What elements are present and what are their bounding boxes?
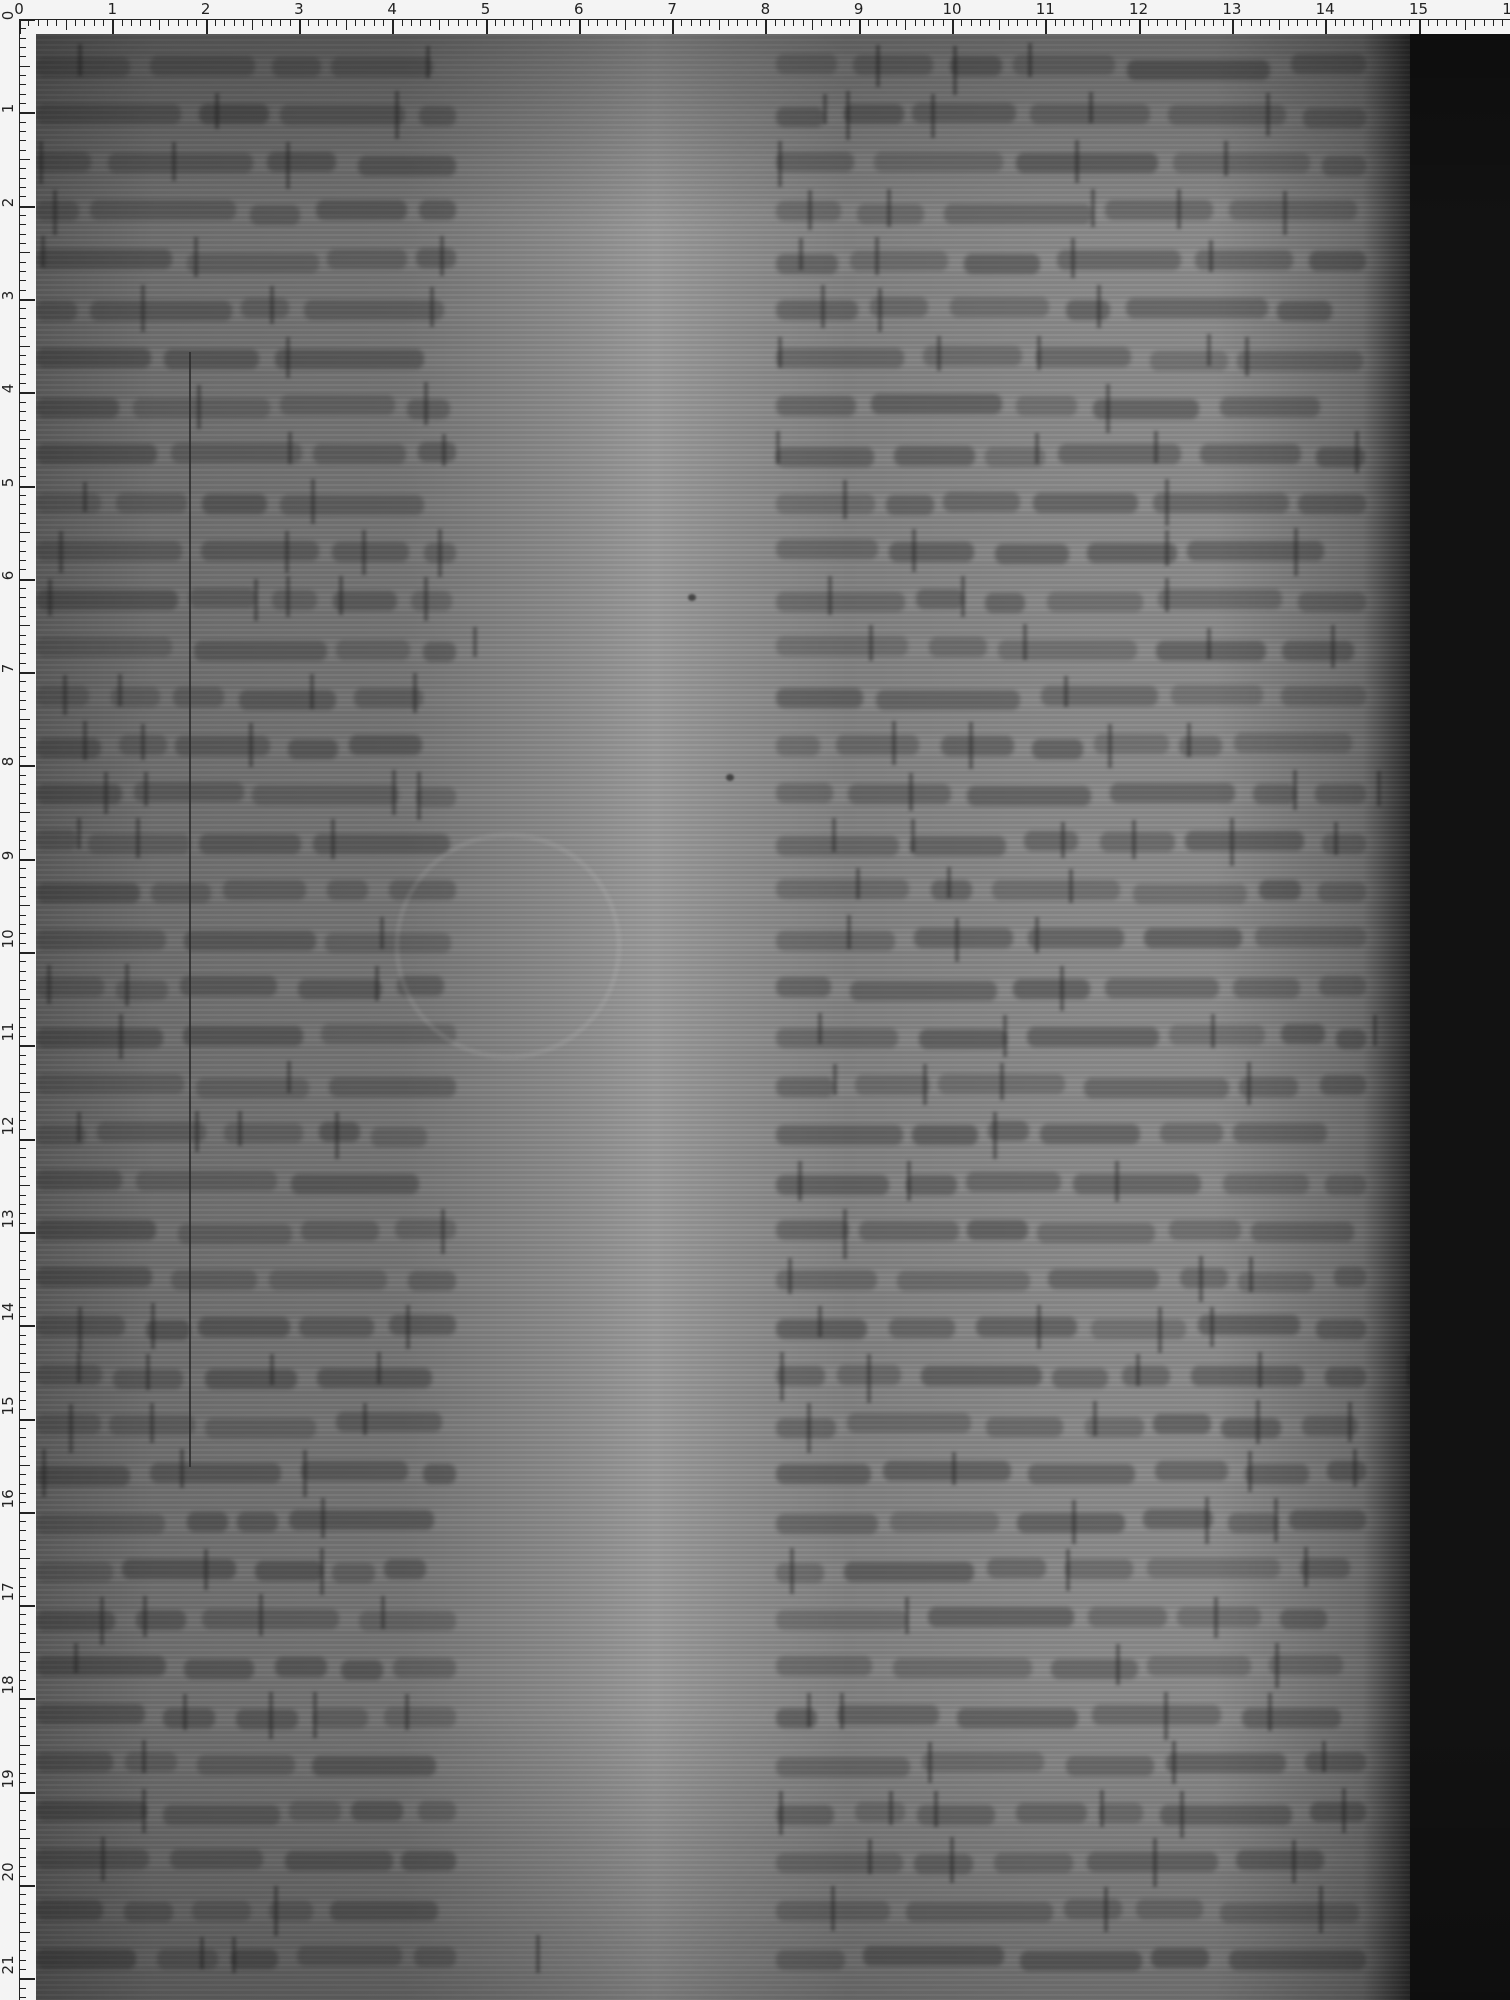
ruler-tick [20, 1642, 26, 1643]
ruler-tick [20, 1223, 26, 1224]
ruler-tick [961, 20, 962, 26]
ruler-tick [20, 1568, 26, 1569]
ruler-tick [989, 20, 990, 26]
ruler-tick [439, 20, 440, 30]
ruler-tick [20, 1279, 30, 1280]
ruler-tick [75, 20, 76, 26]
ruler-tick [20, 1540, 26, 1541]
ruler-tick [20, 1456, 26, 1457]
ruler-tick [1204, 20, 1205, 26]
ruler-tick [20, 784, 26, 785]
ruler-tick [20, 961, 26, 962]
ruler-tick [20, 1474, 26, 1475]
ruler-tick [523, 20, 524, 26]
ruler-tick [999, 20, 1000, 30]
top-ruler-label: 4 [387, 0, 397, 18]
ruler-tick [635, 20, 636, 26]
ruler-tick [20, 150, 26, 151]
ruler-tick [20, 504, 26, 505]
ruler-tick [20, 1624, 26, 1625]
ruler-tick [20, 793, 26, 794]
ruler-tick [20, 1614, 26, 1615]
ruler-tick [20, 691, 26, 692]
ruler-tick [737, 20, 738, 26]
ruler-tick [20, 392, 35, 394]
ruler-tick [20, 915, 26, 916]
ruler-tick [1269, 20, 1270, 26]
ruler-tick [234, 20, 235, 26]
ruler-tick [20, 840, 26, 841]
ruler-tick [20, 1745, 30, 1746]
ruler-tick [290, 20, 291, 26]
ruler-tick [793, 20, 794, 26]
ruler-tick [20, 635, 26, 636]
ruler-tick [20, 1465, 30, 1466]
ruler-tick [20, 1111, 26, 1112]
left-ruler-label: 9 [0, 850, 16, 860]
ruler-tick [448, 20, 449, 26]
ruler-tick [20, 1885, 35, 1887]
ruler-tick [112, 20, 114, 34]
ruler-tick [20, 1446, 26, 1447]
ruler-tick [20, 616, 26, 617]
ruler-tick [20, 625, 30, 626]
ruler-tick [20, 308, 26, 309]
ruler-tick [20, 1969, 26, 1970]
left-ruler-label: 18 [0, 1676, 16, 1695]
ruler-tick [20, 66, 30, 67]
ruler-tick [20, 1307, 26, 1308]
vignette [36, 34, 1510, 2000]
top-ruler-label: 11 [1036, 0, 1055, 18]
ruler-tick [243, 20, 244, 26]
ruler-tick [831, 20, 832, 26]
ruler-tick [20, 1577, 26, 1578]
ruler-tick [20, 383, 26, 384]
ruler-tick [20, 262, 26, 263]
ruler-tick [1083, 20, 1084, 26]
ruler-tick [1465, 20, 1466, 30]
ruler-tick [20, 1260, 26, 1261]
top-ruler-label: 15 [1409, 0, 1428, 18]
ruler-tick [374, 20, 375, 26]
ruler-tick [747, 20, 748, 26]
ruler-tick [1045, 20, 1047, 34]
ruler-tick [94, 20, 95, 26]
ruler-tick [20, 299, 35, 301]
ruler-tick [336, 20, 337, 26]
ruler-tick [20, 1726, 26, 1727]
ruler-tick [327, 20, 328, 26]
ruler-tick [20, 467, 26, 468]
ruler-tick [588, 20, 589, 26]
left-ruler-label: 11 [0, 1023, 16, 1042]
ruler-tick [20, 607, 26, 608]
ruler-tick [467, 20, 468, 26]
ruler-tick [224, 20, 225, 26]
ruler-tick [1260, 20, 1261, 26]
ruler-tick [20, 719, 30, 720]
ruler-tick [1493, 20, 1494, 26]
ruler-tick [20, 1493, 26, 1494]
ruler-tick [1027, 20, 1028, 26]
ruler-tick [20, 896, 26, 897]
ruler-tick [1055, 20, 1056, 26]
ruler-tick [20, 1344, 26, 1345]
ruler-tick [20, 1400, 26, 1401]
ruler-tick [20, 1195, 26, 1196]
ruler-tick [66, 20, 67, 30]
ruler-tick [20, 1120, 26, 1121]
ruler-tick [569, 20, 570, 26]
ruler-tick [1120, 20, 1121, 26]
ruler-tick [1372, 20, 1373, 30]
ruler-tick [20, 1894, 26, 1895]
ruler-tick [20, 280, 26, 281]
ruler-tick [1251, 20, 1252, 26]
ruler-tick [20, 999, 30, 1000]
ruler-tick [458, 20, 459, 26]
ruler-tick [20, 1176, 26, 1177]
ruler-tick [20, 1913, 26, 1914]
ruler-tick [168, 20, 169, 26]
ruler-tick [1073, 20, 1074, 26]
ruler-tick [20, 196, 26, 197]
ruler-tick [20, 1251, 26, 1252]
ruler-tick [56, 20, 57, 26]
ruler-tick [896, 20, 897, 26]
ruler-tick [20, 420, 26, 421]
ruler-tick [20, 1932, 30, 1933]
ruler-tick [1446, 20, 1447, 26]
ruler-tick [20, 131, 26, 132]
ruler-tick [20, 38, 26, 39]
ruler-tick [20, 1857, 26, 1858]
ruler-tick [681, 20, 682, 26]
ruler-tick [1195, 20, 1196, 26]
top-ruler-label: 9 [854, 0, 864, 18]
ruler-tick [1223, 20, 1224, 26]
ruler-tick [20, 588, 26, 589]
ruler-tick [20, 1204, 26, 1205]
ruler-tick [1335, 20, 1336, 26]
left-ruler-label: 17 [0, 1582, 16, 1601]
ruler-tick [20, 1092, 30, 1093]
ruler-tick [933, 20, 934, 26]
ruler-tick [513, 20, 514, 26]
ruler-tick [784, 20, 785, 26]
ruler-tick [20, 1792, 35, 1794]
ruler-tick [20, 1661, 26, 1662]
ruler-tick [20, 1083, 26, 1084]
ruler-tick [19, 20, 21, 34]
ruler-tick [20, 1876, 26, 1877]
ruler-tick [1279, 20, 1280, 30]
ruler-tick [20, 1773, 26, 1774]
ruler-tick [1428, 20, 1429, 26]
ruler-tick [1092, 20, 1093, 30]
ruler-tick [20, 971, 26, 972]
ruler-tick [607, 20, 608, 26]
ruler-tick [486, 20, 488, 34]
ruler-tick [1381, 20, 1382, 26]
ruler-tick [20, 103, 26, 104]
ruler-tick [20, 700, 26, 701]
ruler-tick [20, 1316, 26, 1317]
ruler-tick [20, 243, 26, 244]
ruler-tick [20, 980, 26, 981]
left-ruler-label: 6 [0, 570, 16, 580]
ruler-tick [625, 20, 626, 30]
ruler-tick [20, 1829, 26, 1830]
ruler-tick [20, 75, 26, 76]
ruler-tick [20, 364, 26, 365]
ruler-tick [952, 20, 954, 34]
ruler-tick [346, 20, 347, 30]
ruler-tick [20, 336, 26, 337]
ruler-tick [20, 1167, 26, 1168]
ruler-tick [20, 551, 26, 552]
ruler-tick [560, 20, 561, 26]
top-ruler-label: 1 [108, 0, 118, 18]
ruler-tick [943, 20, 944, 26]
left-ruler-label: 4 [0, 384, 16, 394]
ruler-tick [20, 327, 26, 328]
ruler-tick [20, 1652, 30, 1653]
ruler-tick [20, 1213, 26, 1214]
ruler-tick [20, 532, 30, 533]
top-ruler-label: 16 [1502, 0, 1510, 18]
ruler-tick [20, 19, 35, 21]
ruler-tick [20, 178, 26, 179]
ruler-tick [20, 1633, 26, 1634]
ruler-tick [20, 1605, 35, 1607]
ruler-tick [20, 709, 26, 710]
ruler-tick [20, 1997, 26, 1998]
ruler-tick [700, 20, 701, 26]
ruler-tick [20, 1232, 35, 1234]
top-ruler-label: 12 [1129, 0, 1148, 18]
left-ruler-label: 15 [0, 1396, 16, 1415]
ruler-tick [20, 1409, 26, 1410]
left-ruler-label: 7 [0, 664, 16, 674]
ruler-tick [765, 20, 767, 34]
ruler-tick [20, 430, 26, 431]
ruler-tick [38, 20, 39, 26]
ruler-tick [20, 140, 26, 141]
left-ruler-label: 1 [0, 104, 16, 114]
ruler-tick [672, 20, 674, 34]
ruler-tick [1288, 20, 1289, 26]
ruler-tick [887, 20, 888, 26]
ruler-tick [20, 355, 26, 356]
ruler-tick [20, 756, 26, 757]
ruler-tick [915, 20, 916, 26]
ruler-tick [20, 1801, 26, 1802]
ruler-tick [20, 1064, 26, 1065]
ruler-tick [476, 20, 477, 26]
left-ruler-label: 14 [0, 1303, 16, 1322]
ruler-tick [663, 20, 664, 26]
ruler-tick [20, 859, 35, 861]
ruler-tick [495, 20, 496, 26]
ruler-tick [84, 20, 85, 26]
ruler-tick [1176, 20, 1177, 26]
top-ruler-label: 6 [574, 0, 584, 18]
top-ruler-label: 8 [761, 0, 771, 18]
ruler-tick [20, 486, 35, 488]
ruler-tick [803, 20, 804, 26]
ruler-tick [1101, 20, 1102, 26]
ruler-tick [20, 868, 26, 869]
ruler-tick [20, 411, 26, 412]
left-ruler-label: 10 [0, 929, 16, 948]
ruler-tick [20, 1027, 26, 1028]
ruler-tick [20, 476, 26, 477]
top-ruler-label: 5 [481, 0, 491, 18]
ruler-tick [1484, 20, 1485, 26]
ruler-tick [20, 849, 26, 850]
ruler-tick [20, 831, 26, 832]
ruler-tick [691, 20, 692, 26]
ruler-tick [20, 252, 30, 253]
ruler-tick [20, 1036, 26, 1037]
ruler-tick [775, 20, 776, 26]
ruler-tick [20, 187, 26, 188]
ruler-tick [877, 20, 878, 26]
ruler-tick [812, 20, 813, 30]
ruler-tick [20, 1372, 30, 1373]
ruler-tick [262, 20, 263, 26]
ruler-tick [20, 1530, 26, 1531]
ruler-tick [20, 765, 35, 767]
left-ruler-label: 16 [0, 1489, 16, 1508]
ruler-tick [551, 20, 552, 26]
ruler-tick [20, 47, 26, 48]
ruler-tick [20, 374, 26, 375]
ruler-tick [150, 20, 151, 26]
ruler-tick [1456, 20, 1457, 26]
ruler-tick [20, 495, 26, 496]
ruler-tick [383, 20, 384, 26]
ruler-tick [20, 877, 26, 878]
ruler-tick [1139, 20, 1141, 34]
ruler-tick [20, 560, 26, 561]
left-ruler-baseline [19, 19, 20, 2000]
ruler-tick [20, 1736, 26, 1737]
ruler-tick [20, 1904, 26, 1905]
ruler-tick [20, 1558, 30, 1559]
ruler-tick [20, 56, 26, 57]
ruler-tick [1316, 20, 1317, 26]
ruler-tick [20, 513, 26, 514]
ruler-tick [20, 458, 26, 459]
ruler-tick [20, 1325, 35, 1327]
ruler-tick [905, 20, 906, 30]
ruler-tick [1111, 20, 1112, 26]
top-ruler-label: 3 [294, 0, 304, 18]
left-ruler-label: 19 [0, 1769, 16, 1788]
ruler-tick [20, 1810, 26, 1811]
ruler-tick [20, 1101, 26, 1102]
ruler-tick [20, 737, 26, 738]
ruler-tick [1129, 20, 1130, 26]
ruler-tick [579, 20, 581, 34]
ruler-tick [20, 346, 30, 347]
ruler-tick [20, 159, 30, 160]
ruler-tick [20, 234, 26, 235]
ruler-tick [20, 1820, 26, 1821]
ruler-tick [20, 1073, 26, 1074]
ruler-tick [20, 1782, 26, 1783]
ruler-tick [430, 20, 431, 26]
ruler-tick [1241, 20, 1242, 26]
ruler-tick [252, 20, 253, 30]
ruler-tick [355, 20, 356, 26]
ruler-tick [1419, 20, 1421, 34]
ruler-tick [971, 20, 972, 26]
top-ruler-label: 10 [942, 0, 961, 18]
left-ruler-label: 0 [0, 11, 16, 21]
ruler-tick [20, 1978, 35, 1980]
ruler-tick [616, 20, 617, 26]
ruler-tick [20, 1512, 35, 1514]
ruler-tick [20, 1950, 26, 1951]
ruler-tick [411, 20, 412, 26]
ruler-tick [20, 1129, 26, 1130]
ruler-tick [20, 1596, 26, 1597]
ruler-tick [20, 1754, 26, 1755]
ruler-tick [20, 1586, 26, 1587]
ruler-tick [20, 775, 26, 776]
ruler-tick [504, 20, 505, 26]
ruler-tick [20, 1838, 30, 1839]
ruler-tick [122, 20, 123, 26]
ruler-tick [20, 448, 26, 449]
ruler-tick [1232, 20, 1234, 34]
ruler-tick [20, 1419, 35, 1421]
ruler-tick [597, 20, 598, 26]
ruler-tick [1297, 20, 1298, 26]
ruler-tick [47, 20, 48, 26]
ruler-tick [1353, 20, 1354, 26]
ruler-tick [20, 887, 26, 888]
left-ruler-label: 13 [0, 1209, 16, 1228]
ruler-tick [196, 20, 197, 26]
ruler-tick [1017, 20, 1018, 26]
ruler-tick [20, 1670, 26, 1671]
ruler-tick [20, 1297, 26, 1298]
ruler-tick [1437, 20, 1438, 26]
ruler-tick [20, 206, 35, 208]
ruler-tick [20, 318, 26, 319]
ruler-tick [20, 1848, 26, 1849]
ruler-tick [20, 812, 30, 813]
ruler-tick [20, 1148, 26, 1149]
ruler-tick [20, 1185, 30, 1186]
ruler-tick [1391, 20, 1392, 26]
ruler-tick [728, 20, 729, 26]
ruler-tick [20, 1381, 26, 1382]
ruler-tick [299, 20, 301, 34]
left-ruler-label: 2 [0, 197, 16, 207]
ruler-tick [709, 20, 710, 26]
ruler-tick [20, 1689, 26, 1690]
ruler-tick [20, 681, 26, 682]
ruler-tick [1363, 20, 1364, 26]
ruler-tick [420, 20, 421, 26]
ruler-tick [541, 20, 542, 26]
